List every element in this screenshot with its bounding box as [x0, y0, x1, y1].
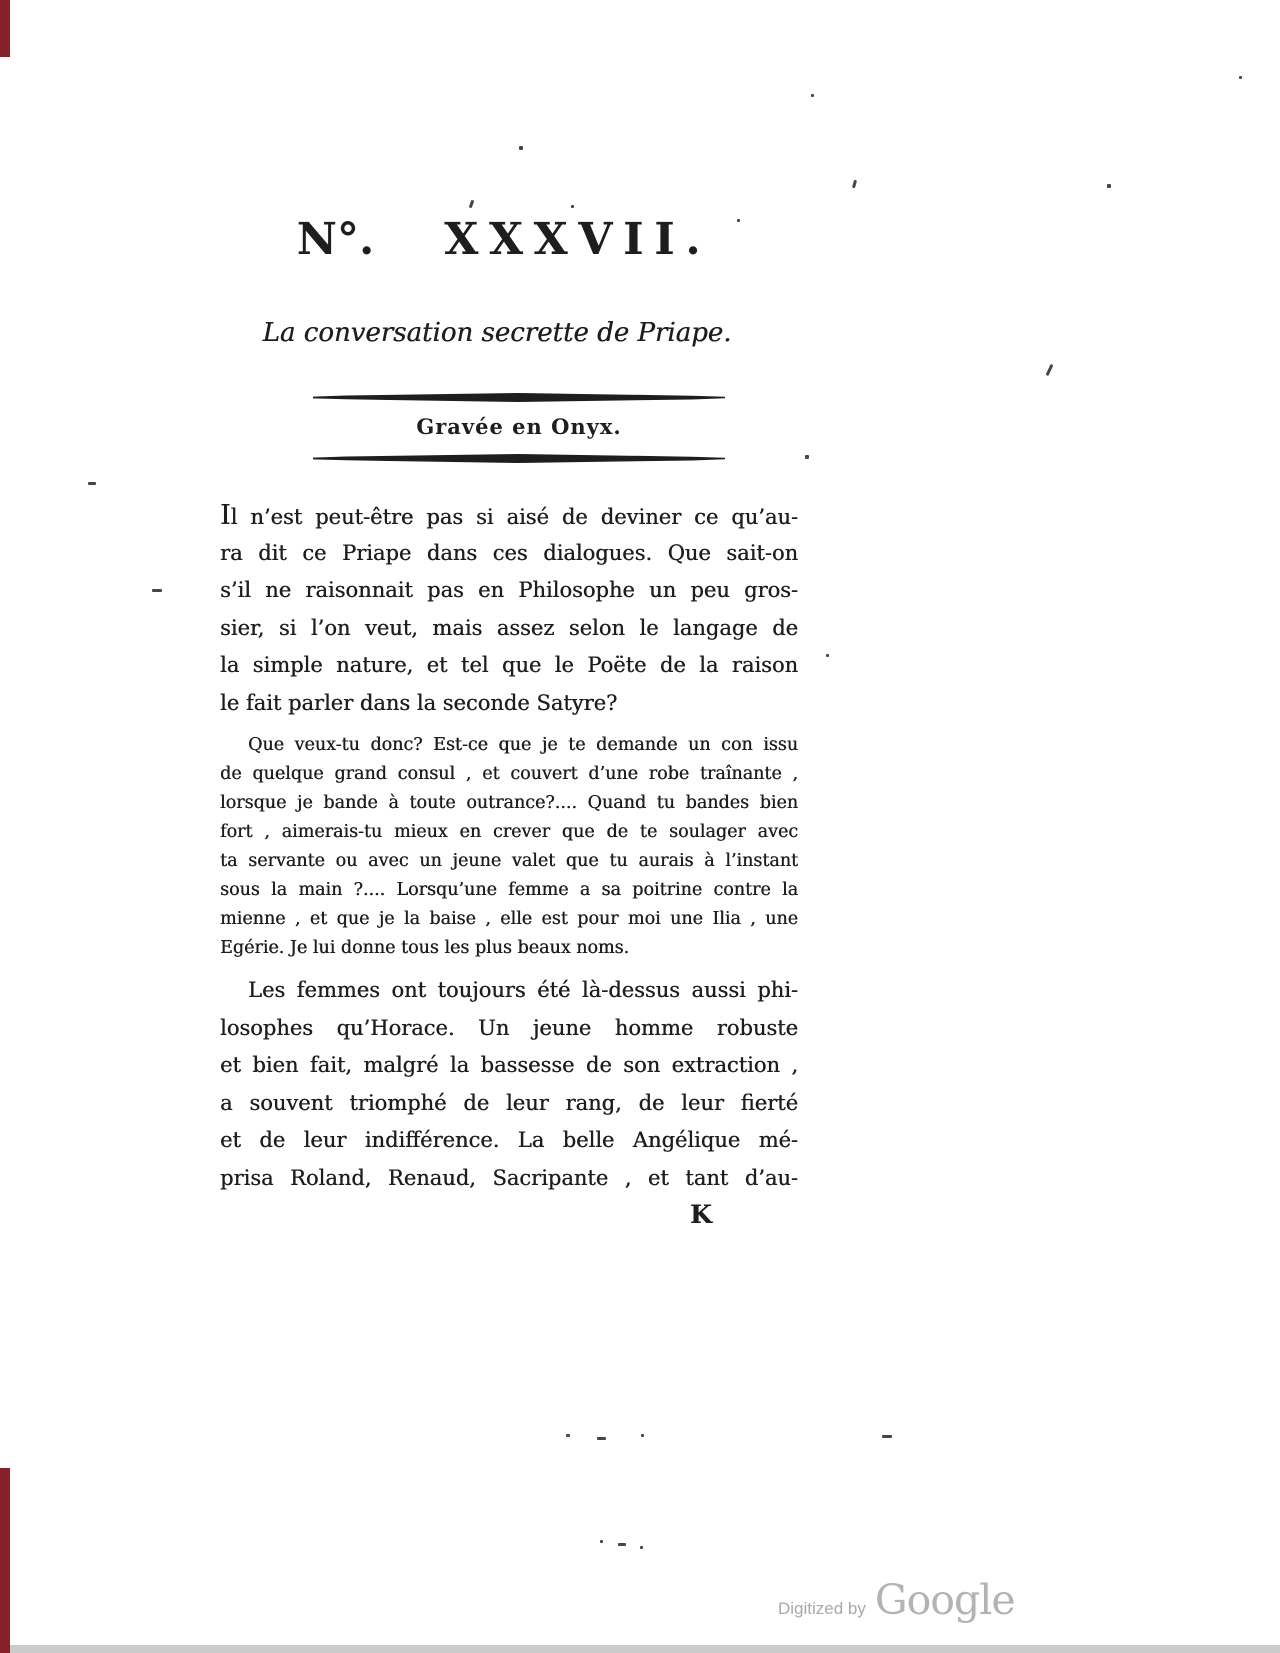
text-line: et de leur indifférence. La belle Angéli…: [220, 1122, 798, 1160]
text-line: ra dit ce Priape dans ces dialogues. Que…: [220, 535, 798, 573]
body-text: Il n’est peut-être pas si aisé de devine…: [220, 497, 798, 1229]
text-line: Il n’est peut-être pas si aisé de devine…: [220, 497, 798, 535]
chapter-subtitle: La conversation secrette de Priape.: [208, 318, 786, 349]
text-line: sous la main ?.... Lorsqu’une femme a sa…: [220, 876, 798, 905]
text-line: a souvent triomphé de leur rang, de leur…: [220, 1085, 798, 1123]
text-line: Egérie. Je lui donne tous les plus beaux…: [220, 934, 798, 963]
text-line: s’il ne raisonnait pas en Philosophe un …: [220, 572, 798, 610]
scan-edge-artifact-bottom-bar: [0, 1645, 1280, 1653]
google-watermark: Digitized by Google: [778, 1576, 1015, 1624]
google-logo: Google: [875, 1576, 1015, 1624]
scanned-book-page: N°. XXXVII. La conversation secrette de …: [0, 0, 1280, 1653]
scan-edge-artifact-bottom-left: [0, 1468, 10, 1653]
scan-speck: [152, 589, 162, 592]
scan-speck: [571, 205, 574, 208]
text-line: Les femmes ont toujours été là-dessus au…: [220, 972, 798, 1010]
text-line: sier, si l’on veut, mais assez selon le …: [220, 610, 798, 648]
scan-speck: [600, 1540, 603, 1543]
text-line: et bien fait, malgré la bassesse de son …: [220, 1047, 798, 1085]
scan-speck: [811, 94, 814, 97]
scan-speck: [469, 200, 475, 209]
text-line: ta servante ou avec un jeune valet que t…: [220, 847, 798, 876]
text-line: fort , aimerais-tu mieux en crever que d…: [220, 818, 798, 847]
text-line: losophes qu’Horace. Un jeune homme robus…: [220, 1010, 798, 1048]
chapter-number: N°. XXXVII.: [215, 218, 793, 262]
scan-speck: [597, 1437, 606, 1440]
scan-speck: [737, 219, 740, 222]
text-line: mienne , et que je la baise , elle est p…: [220, 905, 798, 934]
scan-speck: [641, 1434, 644, 1437]
paragraph: Les femmes ont toujours été là-dessus au…: [220, 972, 798, 1197]
text-line: le fait parler dans la seconde Satyre?: [220, 685, 798, 723]
text-line: lorsque je bande à toute outrance?.... Q…: [220, 789, 798, 818]
digitized-by-label: Digitized by: [778, 1599, 866, 1619]
text-line: de quelque grand consul , et couvert d’u…: [220, 760, 798, 789]
scan-speck: [826, 654, 829, 657]
paragraphs-host: Il n’est peut-être pas si aisé de devine…: [220, 497, 798, 1197]
scan-speck: [88, 482, 96, 485]
paragraph: Il n’est peut-être pas si aisé de devine…: [220, 497, 798, 722]
text-line: la simple nature, et tel que le Poëte de…: [220, 647, 798, 685]
scan-speck: [618, 1543, 626, 1546]
scan-speck: [1046, 364, 1054, 376]
text-line: prisa Roland, Renaud, Sacripante , et ta…: [220, 1160, 798, 1198]
scan-speck: [882, 1435, 892, 1438]
chapter-number-roman: XXXVII.: [444, 218, 711, 262]
scan-speck: [566, 1434, 570, 1437]
swelled-rule-bottom: [313, 454, 725, 463]
scan-speck: [519, 146, 523, 150]
scan-speck: [640, 1546, 643, 1549]
scan-speck: [1239, 76, 1242, 79]
scan-speck: [805, 455, 809, 459]
swelled-rule-top: [313, 393, 725, 402]
text-line: Que veux-tu donc? Est-ce que je te deman…: [220, 731, 798, 760]
engraving-caption: Gravée en Onyx.: [230, 414, 808, 439]
scan-speck: [852, 180, 857, 189]
scan-speck: [1107, 184, 1111, 188]
chapter-number-prefix: N°.: [297, 218, 375, 262]
scan-edge-artifact-top-left: [0, 0, 10, 57]
signature-mark: K: [690, 1200, 730, 1229]
paragraph: Que veux-tu donc? Est-ce que je te deman…: [220, 731, 798, 963]
